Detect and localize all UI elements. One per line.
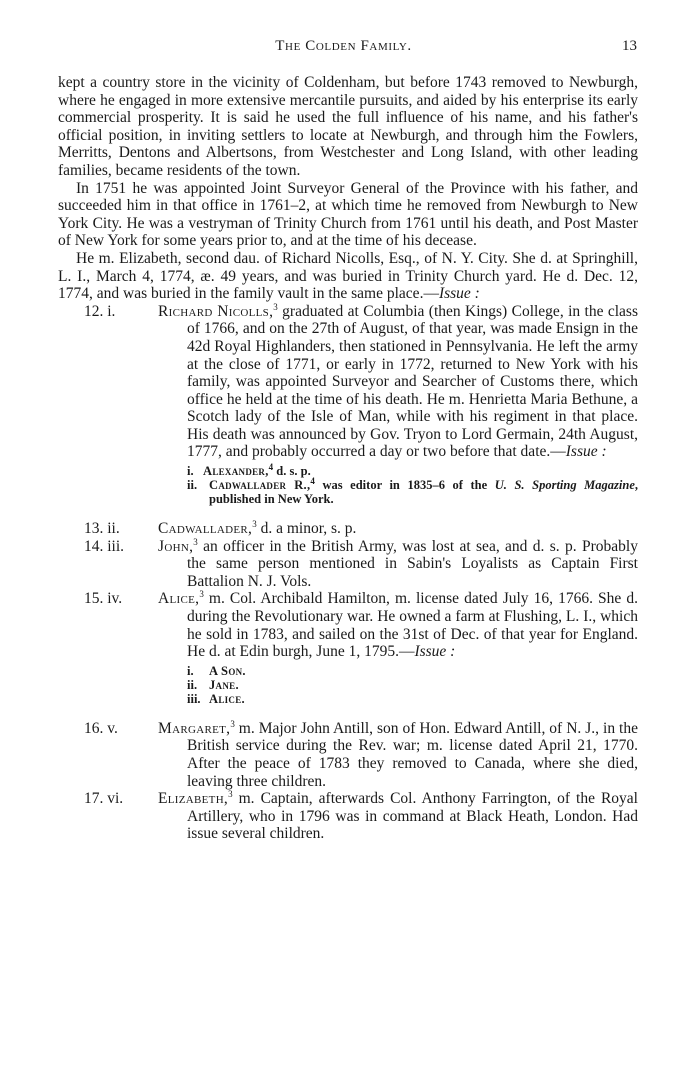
- genealogy-entry: 16. v. Margaret,3 m. Major John Antill, …: [58, 720, 638, 790]
- entry-number: 12. i.: [84, 303, 154, 321]
- person-name: Richard Nicolls,: [158, 303, 273, 320]
- entry-number: 16. v.: [84, 720, 154, 738]
- entry-number: 17. vi.: [84, 790, 154, 808]
- issue-roman: ii.: [187, 478, 197, 492]
- entry-body: m. Major John Antill, son of Hon. Edward…: [187, 720, 638, 790]
- genealogy-entry: 13. ii. Cadwallader,3 d. a minor, s. p.: [58, 520, 638, 538]
- entry-text: John,3 an officer in the British Army, w…: [158, 538, 638, 591]
- issue-roman: iii.: [187, 692, 201, 706]
- paragraph: He m. Elizabeth, second dau. of Richard …: [58, 250, 638, 303]
- page-body: kept a country store in the vicinity of …: [58, 74, 638, 843]
- entry-body: m. Col. Archibald Hamilton, m. license d…: [187, 590, 638, 660]
- child-name: A Son.: [209, 664, 246, 678]
- person-name: John,: [158, 538, 193, 555]
- entry-text: Richard Nicolls,3 graduated at Columbia …: [158, 303, 638, 461]
- entry-body: graduated at Columbia (then Kings) Colle…: [187, 303, 638, 461]
- entry-body: d. a minor, s. p.: [257, 520, 357, 537]
- running-head: The Colden Family.: [0, 38, 687, 55]
- entry-number: 15. iv.: [84, 590, 154, 608]
- entry-number: 13. ii.: [84, 520, 154, 538]
- issue-label: Issue :: [439, 285, 480, 302]
- issue-label: Issue :: [566, 443, 607, 460]
- issue-item: ii. Jane.: [187, 678, 638, 692]
- entry-text: Cadwallader,3 d. a minor, s. p.: [158, 520, 638, 538]
- issue-label: Issue :: [414, 643, 455, 660]
- issue-item: ii. Cadwallader R.,4 was editor in 1835–…: [187, 478, 638, 506]
- issue-roman: i.: [187, 464, 194, 478]
- page-number: 13: [622, 38, 637, 55]
- paragraph-text: He m. Elizabeth, second dau. of Richard …: [58, 250, 638, 302]
- person-name: Elizabeth,: [158, 790, 228, 807]
- issue-roman: ii.: [187, 678, 197, 692]
- issue-item: i. Alexander,4 d. s. p.: [187, 464, 638, 478]
- issue-item: i. A Son.: [187, 664, 638, 678]
- issue-item: iii. Alice.: [187, 692, 638, 706]
- child-detail: was editor in 1835–6 of the: [315, 478, 495, 492]
- issue-list: i. Alexander,4 d. s. p. ii. Cadwallader …: [187, 464, 638, 506]
- entry-number: 14. iii.: [84, 538, 154, 556]
- paragraph: kept a country store in the vicinity of …: [58, 74, 638, 180]
- child-detail: d. s. p.: [273, 464, 311, 478]
- page-header: The Colden Family. 13: [0, 38, 687, 60]
- person-name: Alice,: [158, 590, 199, 607]
- issue-list: i. A Son. ii. Jane. iii. Alice.: [187, 664, 638, 706]
- genealogy-entry: 15. iv. Alice,3 m. Col. Archibald Hamilt…: [58, 590, 638, 660]
- publication-title: U. S. Sporting Magazine: [495, 478, 635, 492]
- entry-body: m. Captain, afterwards Col. Anthony Farr…: [187, 790, 638, 842]
- child-name: Jane.: [209, 678, 239, 692]
- entry-text: Margaret,3 m. Major John Antill, son of …: [158, 720, 638, 790]
- person-name: Cadwallader,: [158, 520, 252, 537]
- genealogy-entry: 12. i. Richard Nicolls,3 graduated at Co…: [58, 303, 638, 461]
- genealogy-entry: 14. iii. John,3 an officer in the Britis…: [58, 538, 638, 591]
- entry-body: an officer in the British Army, was lost…: [187, 538, 638, 590]
- entry-text: Alice,3 m. Col. Archibald Hamilton, m. l…: [158, 590, 638, 660]
- issue-roman: i.: [187, 664, 194, 678]
- entry-text: Elizabeth,3 m. Captain, afterwards Col. …: [158, 790, 638, 843]
- child-name: Alice.: [209, 692, 245, 706]
- child-name: Alexander,: [203, 464, 269, 478]
- person-name: Margaret,: [158, 720, 230, 737]
- child-name: Cadwallader R.,: [209, 478, 310, 492]
- genealogy-entry: 17. vi. Elizabeth,3 m. Captain, afterwar…: [58, 790, 638, 843]
- paragraph: In 1751 he was appointed Joint Surveyor …: [58, 180, 638, 250]
